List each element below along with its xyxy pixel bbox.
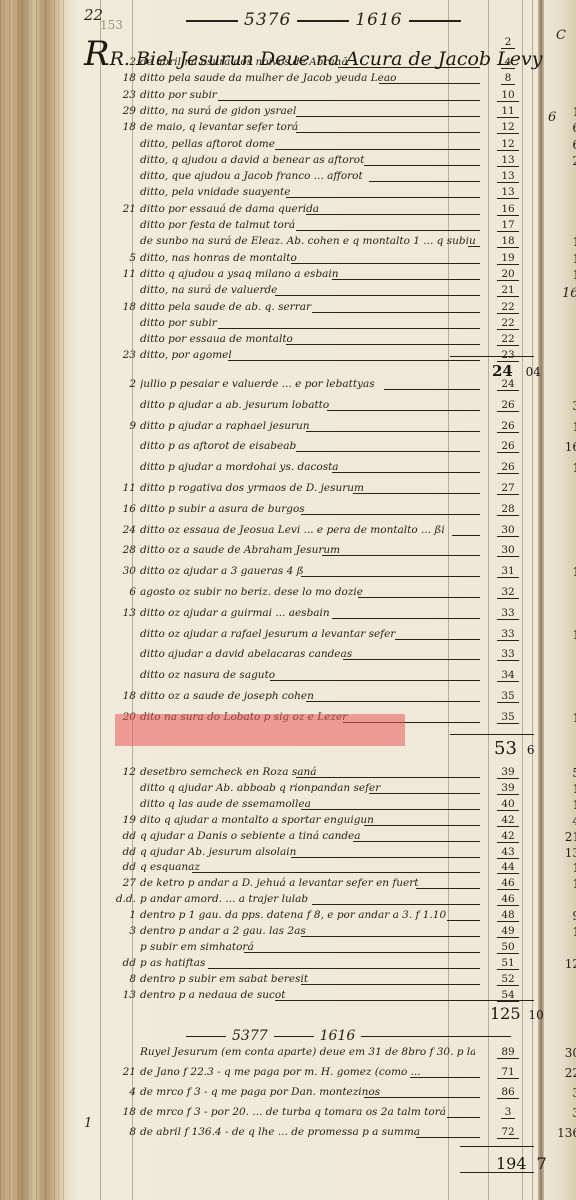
- row-date: 23: [100, 349, 136, 361]
- row-folio: 22: [488, 301, 528, 313]
- right-margin-mark-161: 161: [562, 286, 576, 301]
- row-fill-line: [296, 230, 480, 231]
- ledger-row: ditto por essaua de montalto2210: [100, 333, 540, 351]
- folio: 2: [488, 36, 528, 48]
- total-section3: 12510: [490, 1004, 544, 1023]
- row-amount-1: 1: [540, 711, 576, 725]
- row-folio: 42: [488, 814, 528, 826]
- row-folio: 52: [488, 973, 528, 985]
- row-fill-line: [296, 116, 480, 117]
- row-fill-line: [306, 701, 480, 702]
- row-date: 4: [100, 1086, 136, 1098]
- row-date: 18: [100, 1106, 136, 1118]
- row-description: Ruyel Jesurum (em conta aparte) deue em …: [140, 1046, 475, 1058]
- row-amount-1: 1: [540, 461, 576, 475]
- row-fill-line: [353, 493, 480, 494]
- row-fill-line: [306, 431, 480, 432]
- ledger-row: 28ditto oz a saude de Abraham Jesurum306: [100, 544, 540, 562]
- ledger-row: 21ditto por essauá de dama querida1610: [100, 203, 540, 221]
- row-amount-1: 3: [540, 1106, 576, 1120]
- ledger-row: ditto, pellas aftorot dome126: [100, 138, 540, 156]
- row-description: de mrco f 3 - por 20. ... de turba q tom…: [140, 1106, 475, 1118]
- row-date: 28: [100, 544, 136, 556]
- row-folio: 10: [488, 89, 528, 101]
- row-fill-line: [208, 968, 480, 969]
- row-folio: 12: [488, 121, 528, 133]
- row-fill-line: [244, 952, 480, 953]
- row-fill-line: [364, 825, 480, 826]
- row-fill-line: [296, 132, 480, 133]
- row-fill-line: [416, 1137, 480, 1138]
- ledger-row: 2de abril na asura dos noivos de Abrahã4…: [100, 56, 540, 74]
- row-amount-1: 1: [540, 628, 576, 642]
- row-folio: 44: [488, 861, 528, 873]
- row-folio: 46: [488, 893, 528, 905]
- row-date: dd: [100, 846, 136, 858]
- subtotal-1: 24 04: [492, 362, 541, 380]
- row-amount-1: 1: [540, 105, 576, 119]
- ledger-row: 30ditto oz ajudar a 3 gaueras 4 ß3114: [100, 565, 540, 583]
- row-folio: 54: [488, 989, 528, 1001]
- row-date: 27: [100, 877, 136, 889]
- row-fill-line: [312, 312, 480, 313]
- left-margin-mark: 1: [84, 1116, 92, 1131]
- row-fill-line: [296, 777, 480, 778]
- row-amount-1: 1: [540, 420, 576, 434]
- row-folio: 21: [488, 284, 528, 296]
- subtotal-2: 536: [494, 738, 535, 759]
- row-amount-1: 6: [540, 138, 576, 152]
- row-amount-1: 30: [540, 1046, 576, 1060]
- row-folio: 16: [488, 203, 528, 215]
- row-folio: 17: [488, 219, 528, 231]
- row-fill-line: [410, 1077, 480, 1078]
- row-fill-line: [338, 67, 480, 68]
- row-folio: 18: [488, 235, 528, 247]
- subtotal-1-amount2: 04: [526, 365, 541, 379]
- row-folio: 51: [488, 957, 528, 969]
- account2-total: 1947: [496, 1154, 547, 1173]
- row-fill-line: [301, 514, 480, 515]
- row-fill-line: [384, 389, 480, 390]
- row-amount-1: 1: [540, 565, 576, 579]
- row-fill-line: [447, 1117, 480, 1118]
- row-date: 2: [100, 56, 136, 68]
- subtotal-1-amount1: 24: [492, 362, 513, 380]
- row-fill-line: [296, 451, 480, 452]
- row-amount-1: 21: [540, 830, 576, 844]
- row-fill-line: [364, 165, 480, 166]
- subtotal-2-rule: [450, 734, 534, 735]
- title-row-amounts: 2 6: [100, 36, 540, 54]
- ledger-row: 23ditto, por agomel236: [100, 349, 540, 367]
- ledger-row: 5ditto, nas honras de montalto191: [100, 252, 540, 270]
- row-folio: 33: [488, 628, 528, 640]
- row-amount-1: 1: [540, 925, 576, 939]
- row-fill-line: [275, 295, 480, 296]
- ledger-row: 8de abril f 136.4 - de q lhe ... de prom…: [100, 1126, 540, 1144]
- ledger-row: 16ditto p subir a asura de burgos286: [100, 503, 540, 521]
- row-folio: 50: [488, 941, 528, 953]
- row-fill-line: [301, 936, 480, 937]
- row-description: dentro p 1 gau. da pps. datena f 8, e po…: [140, 909, 475, 921]
- highlight-annotation: [115, 714, 405, 746]
- row-amount-1: 22: [540, 1066, 576, 1080]
- account-number: 5376: [244, 10, 291, 30]
- row-amount-1: 1: [540, 235, 576, 249]
- row-folio: 28: [488, 503, 528, 515]
- account2-number: 5377: [232, 1028, 268, 1044]
- ledger-row: ditto, que ajudou a Jacob franco ... aff…: [100, 170, 540, 188]
- row-folio: 35: [488, 690, 528, 702]
- row-fill-line: [306, 214, 480, 215]
- ledger-row: 9ditto p ajudar a raphael jesurun261: [100, 420, 540, 438]
- row-folio: 42: [488, 830, 528, 842]
- ledger-row: 18de mrco f 3 - por 20. ... de turba q t…: [100, 1106, 540, 1124]
- row-folio: 40: [488, 798, 528, 810]
- row-fill-line: [322, 555, 480, 556]
- row-date: 21: [100, 1066, 136, 1078]
- ledger-row: 6agosto oz subir no beriz. dese lo mo do…: [100, 586, 540, 604]
- ledger-row: ditto p as aftorot de eisabeab2616: [100, 440, 540, 458]
- row-folio: 31: [488, 565, 528, 577]
- row-folio: 12: [488, 138, 528, 150]
- row-fill-line: [332, 472, 480, 473]
- row-fill-line: [301, 576, 480, 577]
- account2-total-amount1: 194: [496, 1154, 527, 1173]
- row-date: 11: [100, 482, 136, 494]
- row-date: 9: [100, 420, 136, 432]
- total-amount1: 125: [490, 1004, 521, 1023]
- ledger-row: ditto por festa de talmut torá176: [100, 219, 540, 237]
- account2-header: 53771616: [180, 1028, 517, 1044]
- ledger-row: 18ditto pela saude de ab. q. serrar226: [100, 301, 540, 319]
- row-date: 29: [100, 105, 136, 117]
- row-date: d.d.: [100, 893, 136, 905]
- ledger-row: ditto oz nasura de saguto346: [100, 669, 540, 687]
- row-fill-line: [447, 920, 480, 921]
- account-header: 53761616: [180, 10, 520, 30]
- row-folio: 49: [488, 925, 528, 937]
- row-folio: 22: [488, 333, 528, 345]
- row-fill-line: [312, 904, 480, 905]
- row-folio: 27: [488, 482, 528, 494]
- row-amount-1: 13: [540, 846, 576, 860]
- right-margin-mark-c: C: [556, 28, 566, 43]
- account2-total-rule-top: [460, 1146, 534, 1147]
- row-fill-line: [218, 100, 480, 101]
- row-fill-line: [468, 246, 480, 247]
- ledger-row: ditto p ajudar a mordohai ys. dacosta261…: [100, 461, 540, 479]
- row-amount-1: 136: [540, 1126, 576, 1140]
- account2-total-rule-bottom: [460, 1172, 534, 1173]
- subtotal-2-amount1: 53: [494, 738, 517, 759]
- row-folio: 35: [488, 711, 528, 723]
- total-amount2: 10: [529, 1008, 544, 1022]
- row-fill-line: [395, 639, 480, 640]
- row-amount-1: 3: [540, 399, 576, 413]
- row-date: 18: [100, 121, 136, 133]
- row-fill-line: [291, 263, 480, 264]
- account2-year: 1616: [320, 1028, 356, 1044]
- account2-total-amount2: 7: [537, 1154, 547, 1173]
- ledger-row: 18ditto oz a saude de joseph cohen356: [100, 690, 540, 708]
- row-amount-1: 4: [540, 814, 576, 828]
- row-folio: 11: [488, 105, 528, 117]
- row-date: 2: [100, 378, 136, 390]
- row-folio: 46: [488, 877, 528, 889]
- row-date: 16: [100, 503, 136, 515]
- ledger-page: 22 153 53761616 RR. Biel Jesurun Deue na…: [0, 0, 576, 1200]
- row-fill-line: [452, 535, 480, 536]
- row-fill-line: [228, 360, 480, 361]
- ledger-row: 13ditto oz ajudar a guirmai ... aesbain3…: [100, 607, 540, 625]
- row-fill-line: [332, 279, 480, 280]
- ledger-row: ditto por subir226: [100, 317, 540, 335]
- row-amount-1: 9: [540, 909, 576, 923]
- row-amount-1: 3: [540, 1086, 576, 1100]
- ledger-row: 18de maio, q levantar sefer torá126: [100, 121, 540, 139]
- ledger-row: ditto, q ajudou a david a benear as afto…: [100, 154, 540, 172]
- row-amount-1: 1: [540, 782, 576, 796]
- account-year: 1616: [355, 10, 402, 30]
- ledger-row: ditto p ajudar a ab. jesurum lobatto263: [100, 399, 540, 417]
- row-fill-line: [369, 793, 480, 794]
- row-date: 18: [100, 72, 136, 84]
- ledger-row: 4de mrco f 3 - q me paga por Dan. montez…: [100, 1086, 540, 1104]
- row-date: 11: [100, 268, 136, 280]
- row-folio: 39: [488, 782, 528, 794]
- row-folio: 43: [488, 846, 528, 858]
- row-amount-1: 6: [540, 121, 576, 135]
- row-folio: 4: [488, 56, 528, 68]
- row-amount-1: 2: [540, 154, 576, 168]
- ledger-row: Ruyel Jesurum (em conta aparte) deue em …: [100, 1046, 540, 1064]
- row-amount-1: 1: [540, 861, 576, 875]
- ledger-row: 21de Jano f 22.3 - q me paga por m. H. g…: [100, 1066, 540, 1084]
- ledger-row: 2jullio p pesaiar e valuerde ... e por l…: [100, 378, 540, 396]
- ledger-row: 11ditto p rogativa dos yrmaos de D. jesu…: [100, 482, 540, 500]
- row-folio: 39: [488, 766, 528, 778]
- ledger-row: 24ditto oz essaua de Jeosua Levi ... e p…: [100, 524, 540, 542]
- row-folio: 33: [488, 648, 528, 660]
- ledger-row: ditto, na surá de valuerde216: [100, 284, 540, 302]
- ledger-row: de sunbo na surá de Eleaz. Ab. cohen e q…: [100, 235, 540, 253]
- row-fill-line: [218, 328, 480, 329]
- row-amount-1: 1: [540, 252, 576, 266]
- row-fill-line: [192, 872, 480, 873]
- row-amount-1: 16: [540, 440, 576, 454]
- row-fill-line: [270, 680, 480, 681]
- row-fill-line: [275, 149, 480, 150]
- row-amount-1: 5: [540, 766, 576, 780]
- right-margin-mark-6: 6: [548, 110, 556, 125]
- row-fill-line: [291, 857, 480, 858]
- row-date: 8: [100, 1126, 136, 1138]
- row-folio: 13: [488, 186, 528, 198]
- row-fill-line: [416, 888, 480, 889]
- row-folio: 30: [488, 524, 528, 536]
- row-fill-line: [369, 181, 480, 182]
- ledger-row: 11ditto q ajudou a ysaq milano a esbain2…: [100, 268, 540, 286]
- row-fill-line: [364, 1097, 480, 1098]
- row-date: 24: [100, 524, 136, 536]
- row-folio: 20: [488, 268, 528, 280]
- row-folio: 8: [488, 72, 528, 84]
- row-folio: 72: [488, 1126, 528, 1138]
- row-fill-line: [327, 410, 480, 411]
- ledger-row: 29ditto, na surá de gidon ysrael111: [100, 105, 540, 123]
- row-date: 13: [100, 607, 136, 619]
- row-date: 23: [100, 89, 136, 101]
- row-date: 30: [100, 565, 136, 577]
- row-date: 5: [100, 252, 136, 264]
- row-fill-line: [379, 83, 480, 84]
- row-folio: 26: [488, 440, 528, 452]
- ledger-row: ditto oz ajudar a rafael jesurum a levan…: [100, 628, 540, 646]
- ledger-row: 23ditto por subir106: [100, 89, 540, 107]
- book-page-edges: [0, 0, 66, 1200]
- ledger-row: ditto ajudar a david abelacaras candeas3…: [100, 648, 540, 666]
- pencil-number: 153: [100, 18, 123, 32]
- row-date: dd: [100, 861, 136, 873]
- ledger-row: 13dentro p a nedaua de sucot5412: [100, 989, 540, 1007]
- row-folio: 26: [488, 420, 528, 432]
- row-folio: 3: [488, 1106, 528, 1118]
- row-date: 6: [100, 586, 136, 598]
- ledger-row: 18ditto pela saude da mulher de Jacob ye…: [100, 72, 540, 90]
- row-fill-line: [301, 809, 480, 810]
- row-folio: 13: [488, 170, 528, 182]
- row-date: dd: [100, 957, 136, 969]
- row-folio: 34: [488, 669, 528, 681]
- ledger-row: ditto, pela vnidade suayente136: [100, 186, 540, 204]
- row-description: de sunbo na surá de Eleaz. Ab. cohen e q…: [140, 235, 475, 247]
- row-amount-1: 1: [540, 798, 576, 812]
- row-folio: 26: [488, 399, 528, 411]
- row-date: dd: [100, 830, 136, 842]
- row-date: 19: [100, 814, 136, 826]
- row-folio: 33: [488, 607, 528, 619]
- row-folio: 22: [488, 317, 528, 329]
- row-date: 1: [100, 909, 136, 921]
- subtotal-1-rule: [450, 356, 534, 357]
- row-date: 8: [100, 973, 136, 985]
- row-amount-1: 1: [540, 877, 576, 891]
- row-folio: 32: [488, 586, 528, 598]
- row-folio: 26: [488, 461, 528, 473]
- row-folio: 48: [488, 909, 528, 921]
- row-folio: 30: [488, 544, 528, 556]
- row-date: 18: [100, 301, 136, 313]
- row-fill-line: [332, 618, 480, 619]
- row-fill-line: [358, 597, 480, 598]
- row-folio: 71: [488, 1066, 528, 1078]
- row-date: 3: [100, 925, 136, 937]
- row-date: 13: [100, 989, 136, 1001]
- row-fill-line: [286, 197, 480, 198]
- row-amount-1: 12: [540, 957, 576, 971]
- row-folio: 86: [488, 1086, 528, 1098]
- row-folio: 19: [488, 252, 528, 264]
- row-folio: 89: [488, 1046, 528, 1058]
- row-description: ditto oz essaua de Jeosua Levi ... e per…: [140, 524, 475, 536]
- row-amount-1: 1: [540, 268, 576, 282]
- row-date: 18: [100, 690, 136, 702]
- row-fill-line: [286, 344, 480, 345]
- row-date: 21: [100, 203, 136, 215]
- total-rule: [450, 1000, 534, 1001]
- row-fill-line: [301, 984, 480, 985]
- subtotal-2-amount2: 6: [527, 743, 535, 757]
- row-folio: 13: [488, 154, 528, 166]
- row-fill-line: [343, 659, 480, 660]
- row-fill-line: [353, 841, 480, 842]
- row-date: 12: [100, 766, 136, 778]
